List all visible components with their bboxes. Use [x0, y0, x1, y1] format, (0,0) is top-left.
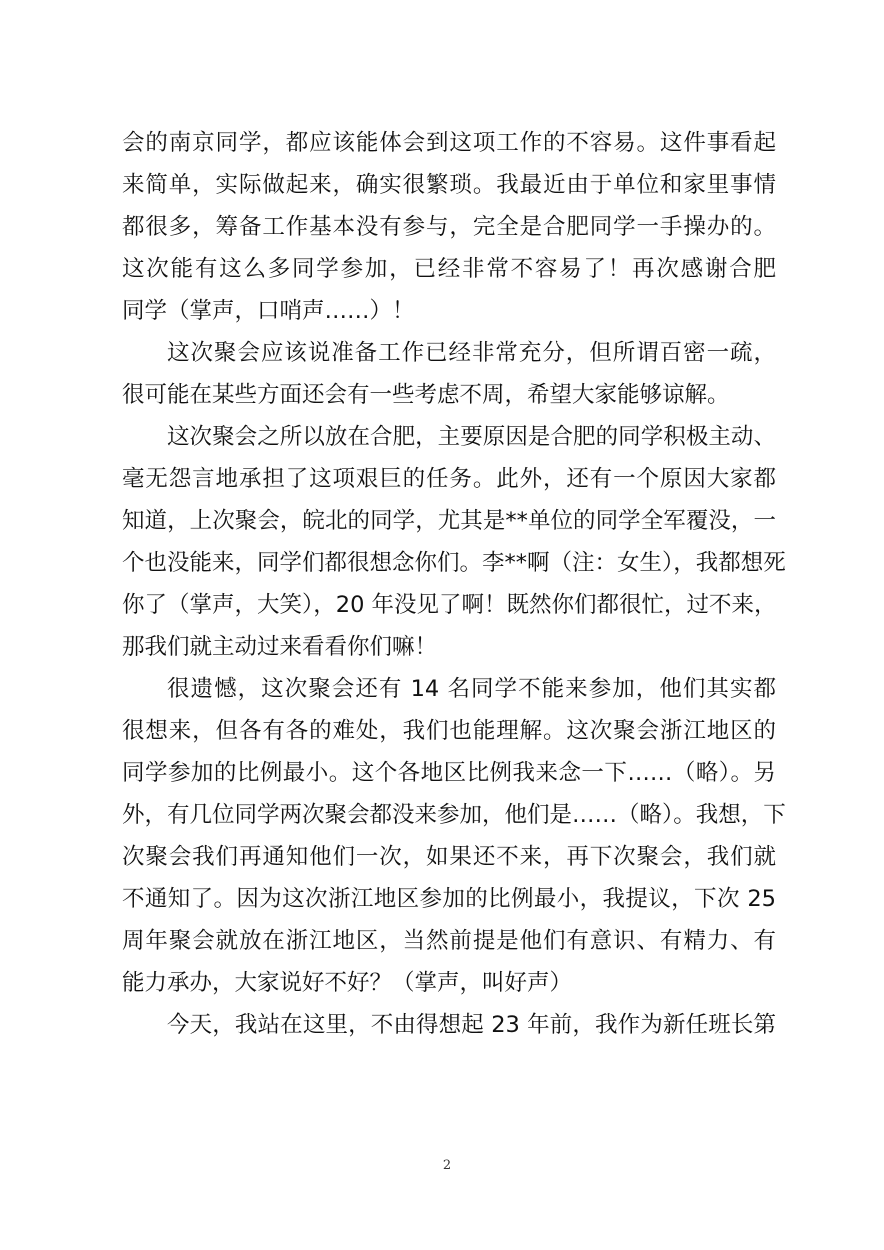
text-line: 次聚会我们再通知他们一次，如果还不来，再下次聚会，我们就 — [122, 836, 776, 878]
text-line: 知道，上次聚会，皖北的同学，尤其是**单位的同学全军覆没，一 — [122, 500, 776, 542]
paragraph-1: 会的南京同学，都应该能体会到这项工作的不容易。这件事看起 来简单，实际做起来，确… — [122, 122, 776, 332]
text-line: 同学参加的比例最小。这个各地区比例我来念一下……（略）。另 — [122, 752, 776, 794]
paragraph-4: 很遗憾，这次聚会还有 14 名同学不能来参加，他们其实都 很想来，但各有各的难处… — [122, 668, 776, 1004]
text-line: 不通知了。因为这次浙江地区参加的比例最小，我提议，下次 25 — [122, 878, 776, 920]
text-line: 来简单，实际做起来，确实很繁琐。我最近由于单位和家里事情 — [122, 164, 776, 206]
text-line: 很可能在某些方面还会有一些考虑不周，希望大家能够谅解。 — [122, 374, 776, 416]
text-line: 你了（掌声，大笑），20 年没见了啊！既然你们都很忙，过不来， — [122, 584, 776, 626]
text-line: 周年聚会就放在浙江地区，当然前提是他们有意识、有精力、有 — [122, 920, 776, 962]
paragraph-5: 今天，我站在这里，不由得想起 23 年前，我作为新任班长第 — [122, 1004, 776, 1046]
paragraph-2: 这次聚会应该说准备工作已经非常充分，但所谓百密一疏， 很可能在某些方面还会有一些… — [122, 332, 776, 416]
text-line: 外，有几位同学两次聚会都没来参加，他们是……（略）。我想，下 — [122, 794, 776, 836]
text-line: 今天，我站在这里，不由得想起 23 年前，我作为新任班长第 — [122, 1004, 776, 1046]
text-line: 同学（掌声，口哨声……）！ — [122, 290, 776, 332]
text-line: 都很多，筹备工作基本没有参与，完全是合肥同学一手操办的。 — [122, 206, 776, 248]
text-line: 个也没能来，同学们都很想念你们。李**啊（注：女生），我都想死 — [122, 542, 776, 584]
text-line: 毫无怨言地承担了这项艰巨的任务。此外，还有一个原因大家都 — [122, 458, 776, 500]
text-line: 这次聚会之所以放在合肥，主要原因是合肥的同学积极主动、 — [122, 416, 776, 458]
text-line: 会的南京同学，都应该能体会到这项工作的不容易。这件事看起 — [122, 122, 776, 164]
paragraph-3: 这次聚会之所以放在合肥，主要原因是合肥的同学积极主动、 毫无怨言地承担了这项艰巨… — [122, 416, 776, 668]
document-body: 会的南京同学，都应该能体会到这项工作的不容易。这件事看起 来简单，实际做起来，确… — [122, 122, 776, 1046]
text-line: 那我们就主动过来看看你们嘛！ — [122, 626, 776, 668]
page-number: 2 — [0, 1158, 884, 1173]
document-page: 会的南京同学，都应该能体会到这项工作的不容易。这件事看起 来简单，实际做起来，确… — [0, 0, 884, 1250]
text-line: 这次能有这么多同学参加，已经非常不容易了！再次感谢合肥 — [122, 248, 776, 290]
text-line: 很遗憾，这次聚会还有 14 名同学不能来参加，他们其实都 — [122, 668, 776, 710]
text-line: 能力承办，大家说好不好？（掌声，叫好声） — [122, 962, 776, 1004]
text-line: 很想来，但各有各的难处，我们也能理解。这次聚会浙江地区的 — [122, 710, 776, 752]
text-line: 这次聚会应该说准备工作已经非常充分，但所谓百密一疏， — [122, 332, 776, 374]
